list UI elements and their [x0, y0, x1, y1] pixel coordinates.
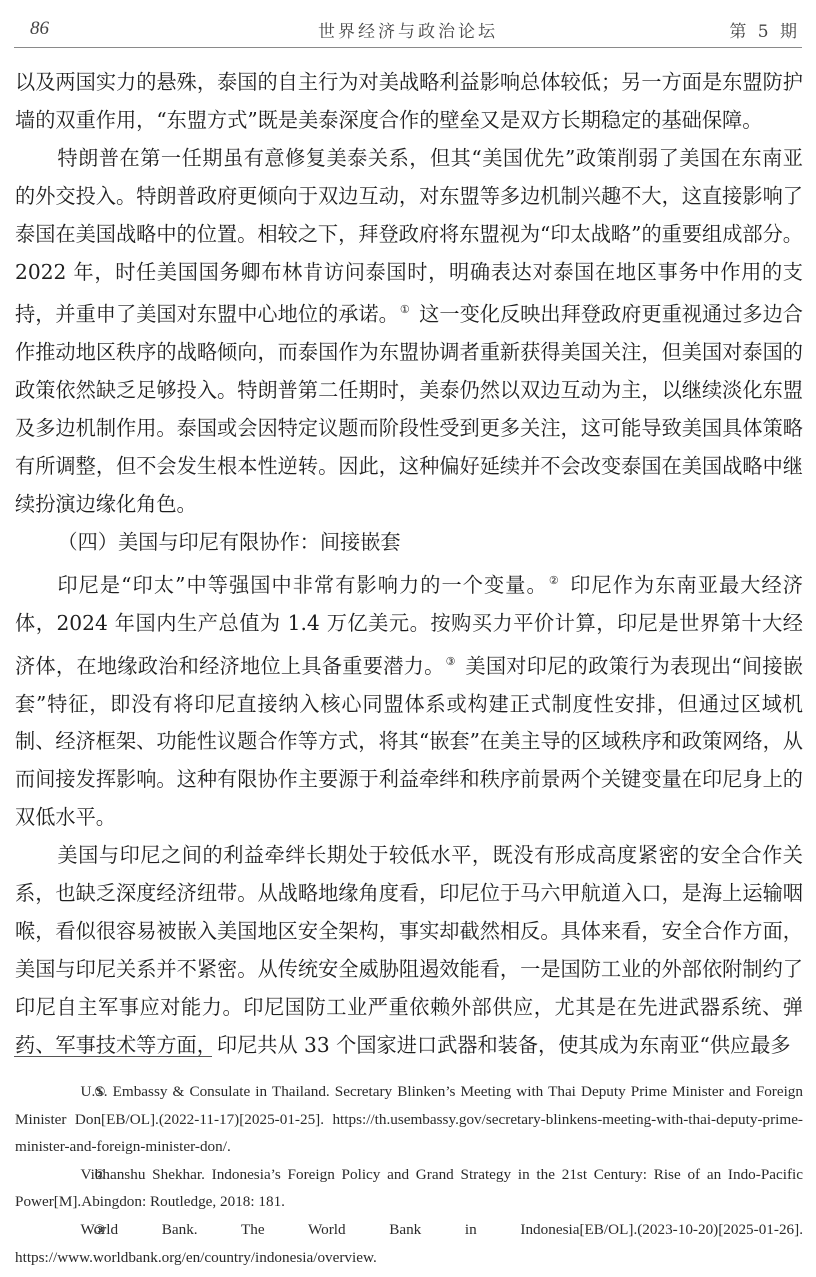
paragraph-text: 美国对印尼的政策行为表现出“间接嵌套”特征，即没有将印尼直接纳入核心同盟体系或构… — [15, 654, 803, 830]
footnote-text: Vibhanshu Shekhar. Indonesia’s Foreign P… — [15, 1166, 803, 1211]
paragraph-us-indonesia-interests: 美国与印尼之间的利益牵绊长期处于较低水平，既没有形成高度紧密的安全合作关系，也缺… — [15, 837, 803, 1064]
issue-number: 第 5 期 — [729, 17, 800, 42]
footnote-mark: ② — [55, 1161, 81, 1189]
footnote-mark: ① — [55, 1078, 81, 1106]
footnote-ref-3[interactable]: ③ — [446, 655, 456, 668]
footnote-text: U.S. Embassy & Consulate in Thailand. Se… — [15, 1083, 803, 1155]
paragraph-continued: 以及两国实力的悬殊，泰国的自主行为对美战略利益影响总体较低；另一方面是东盟防护墙… — [15, 64, 803, 140]
section-heading: （四）美国与印尼有限协作：间接嵌套 — [15, 524, 803, 562]
footnote-divider — [14, 1056, 212, 1057]
paragraph-text: 特朗普在第一任期虽有意修复美泰关系，但其“美国优先”政策削弱了美国在东南亚的外交… — [15, 146, 803, 327]
running-header: 86 世界经济与政治论坛 第 5 期 — [14, 14, 802, 48]
paragraph-trump-biden-thailand: 特朗普在第一任期虽有意修复美泰关系，但其“美国优先”政策削弱了美国在东南亚的外交… — [15, 140, 803, 524]
footnote-1: ①U.S. Embassy & Consulate in Thailand. S… — [15, 1078, 803, 1161]
footnote-2: ②Vibhanshu Shekhar. Indonesia’s Foreign … — [15, 1161, 803, 1216]
paragraph-text: 这一变化反映出拜登政府更重视通过多边合作推动地区秩序的战略倾向，而泰国作为东盟协… — [15, 302, 803, 516]
paragraph-indonesia-intro: 印尼是“印太”中等强国中非常有影响力的一个变量。② 印尼作为东南亚最大经济体，2… — [15, 562, 803, 837]
article-body: 以及两国实力的悬殊，泰国的自主行为对美战略利益影响总体较低；另一方面是东盟防护墙… — [15, 64, 803, 1065]
footnote-text: World Bank. The World Bank in Indonesia[… — [15, 1221, 803, 1266]
journal-title: 世界经济与政治论坛 — [14, 17, 802, 42]
footnotes: ①U.S. Embassy & Consulate in Thailand. S… — [15, 1078, 803, 1271]
footnote-ref-1[interactable]: ① — [400, 303, 410, 316]
paragraph-text: 印尼是“印太”中等强国中非常有影响力的一个变量。 — [57, 573, 547, 597]
footnote-mark: ③ — [55, 1216, 81, 1244]
footnote-ref-2[interactable]: ② — [549, 574, 560, 587]
footnote-3: ③World Bank. The World Bank in Indonesia… — [15, 1216, 803, 1271]
